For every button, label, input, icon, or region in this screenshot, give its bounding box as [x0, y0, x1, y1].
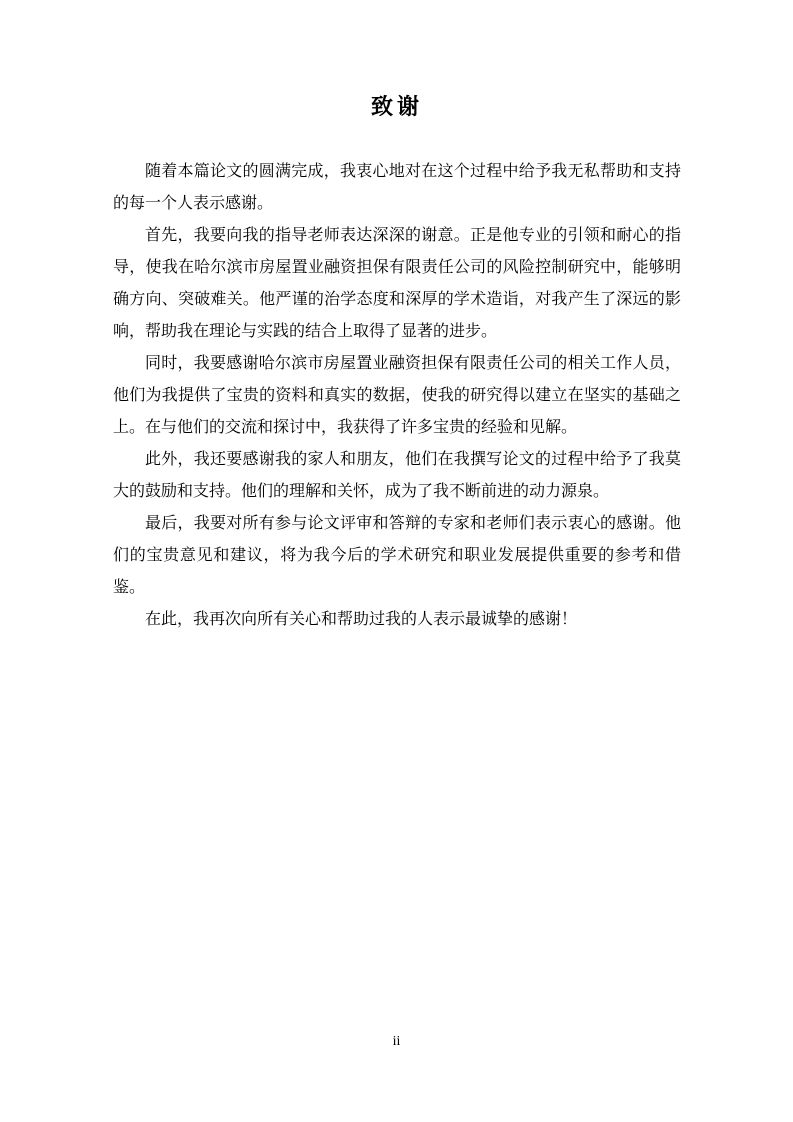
body-paragraph: 同时，我要感谢哈尔滨市房屋置业融资担保有限责任公司的相关工作人员，他们为我提供了…: [113, 348, 681, 444]
body-paragraph: 随着本篇论文的圆满完成，我衷心地对在这个过程中给予我无私帮助和支持的每一个人表示…: [113, 156, 681, 220]
body-text: 随着本篇论文的圆满完成，我衷心地对在这个过程中给予我无私帮助和支持的每一个人表示…: [113, 156, 681, 636]
page-footer: ii: [0, 1032, 793, 1050]
body-paragraph: 在此，我再次向所有关心和帮助过我的人表示最诚挚的感谢！: [113, 604, 681, 636]
body-paragraph: 此外，我还要感谢我的家人和朋友，他们在我撰写论文的过程中给予了我莫大的鼓励和支持…: [113, 444, 681, 508]
section-title: 致谢: [113, 92, 681, 122]
page-number: ii: [393, 1034, 401, 1049]
body-paragraph: 最后，我要对所有参与论文评审和答辩的专家和老师们表示衷心的感谢。他们的宝贵意见和…: [113, 508, 681, 604]
document-page: 致谢 随着本篇论文的圆满完成，我衷心地对在这个过程中给予我无私帮助和支持的每一个…: [0, 0, 793, 1122]
page-content: 致谢 随着本篇论文的圆满完成，我衷心地对在这个过程中给予我无私帮助和支持的每一个…: [0, 0, 793, 636]
body-paragraph: 首先，我要向我的指导老师表达深深的谢意。正是他专业的引领和耐心的指导，使我在哈尔…: [113, 220, 681, 348]
